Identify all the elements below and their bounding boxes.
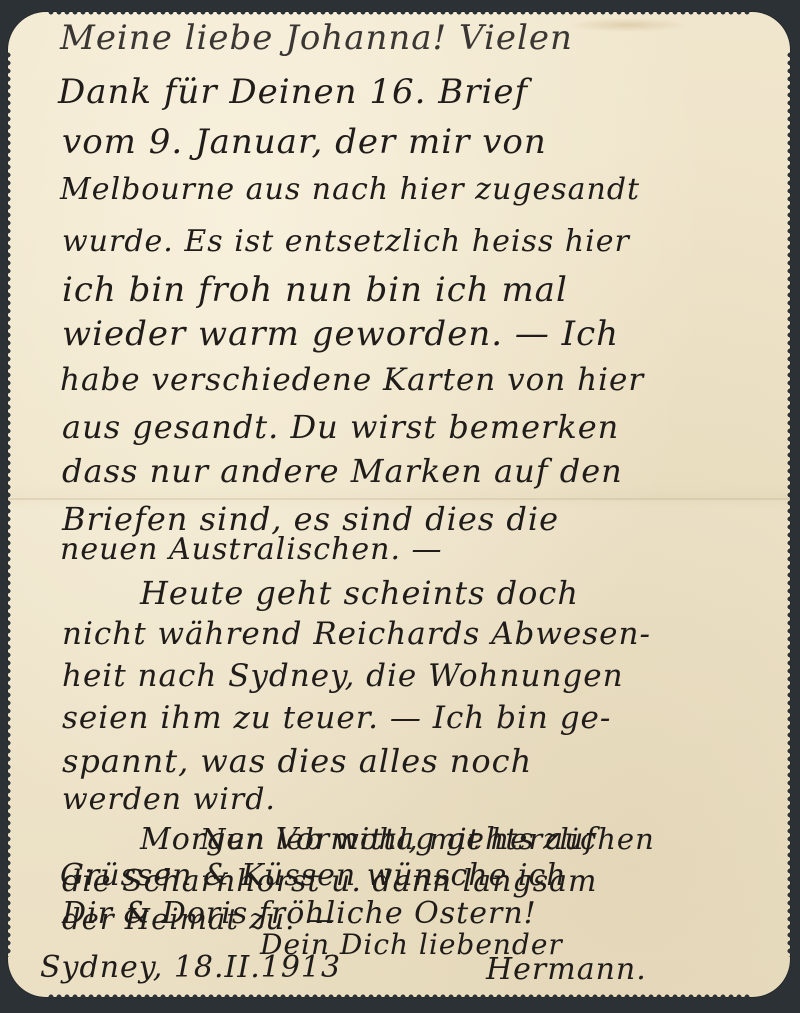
letter-line: heit nach Sydney, die Wohnungen <box>62 658 624 694</box>
letter-line: ich bin froh nun bin ich mal <box>62 270 568 310</box>
letter-line: Melbourne aus nach hier zugesandt <box>60 172 640 207</box>
letter-line: Dir & Doris fröhliche Ostern! <box>62 896 537 931</box>
letter-line: habe verschiedene Karten von hier <box>60 362 644 398</box>
letter-line: dass nur andere Marken auf den <box>62 452 623 490</box>
letter-line: neuen Australischen. — <box>60 532 443 567</box>
signature: Hermann. <box>486 952 647 987</box>
letter-line: wurde. Es ist entsetzlich heiss hier <box>62 224 630 259</box>
letter-line: wieder warm geworden. — Ich <box>62 314 619 354</box>
letter-line: spannt, was dies alles noch <box>62 742 532 780</box>
place-date: Sydney, 18.II.1913 <box>40 950 341 985</box>
letter-line: Heute geht scheints doch <box>140 574 579 612</box>
letter-line: werden wird. <box>62 782 276 817</box>
letter-line: aus gesandt. Du wirst bemerken <box>62 408 619 446</box>
letter-line: nicht während Reichards Abwesen- <box>62 616 651 652</box>
letter-line: Grüssen & Küssen wünsche ich <box>60 858 567 893</box>
letter-line: vom 9. Januar, der mir von <box>62 122 547 162</box>
letter-line: Dank für Deinen 16. Brief <box>58 72 528 112</box>
paper-stain <box>568 18 688 32</box>
letter-line: Meine liebe Johanna! Vielen <box>60 18 573 58</box>
letter-line: seien ihm zu teuer. — Ich bin ge- <box>62 700 611 736</box>
letter-line: Nun leb wohl, mit herzlichen <box>200 822 655 856</box>
